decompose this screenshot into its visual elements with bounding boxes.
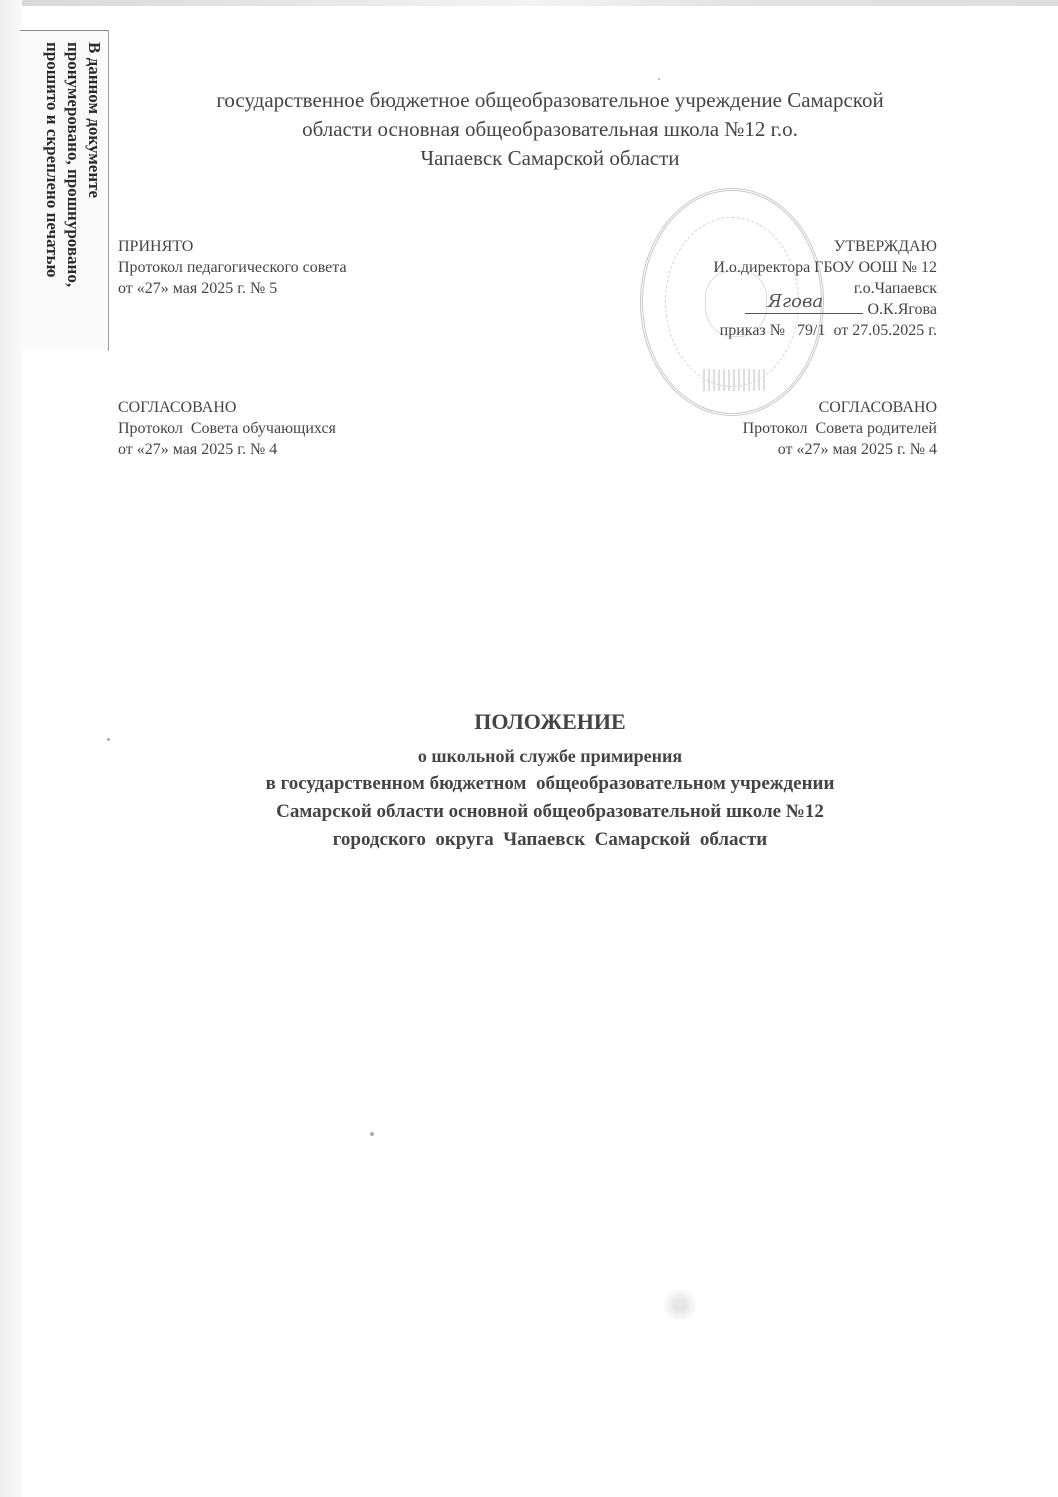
- building-icon: [703, 369, 767, 391]
- header-line: Чапаевск Самарской области: [120, 144, 980, 173]
- agreed-parents-block: СОГЛАСОВАНО Протокол Совета родителей от…: [743, 397, 937, 460]
- header-line: области основная общеобразовательная шко…: [120, 115, 980, 144]
- approved-position: И.о.директора ГБОУ ООШ № 12: [713, 257, 937, 278]
- approved-order: приказ № 79/1 от 27.05.2025 г.: [713, 320, 937, 341]
- approved-city: г.о.Чапаевск: [713, 278, 937, 299]
- signature-line: Ягова: [745, 299, 863, 314]
- document-subtitle-line: городского округа Чапаевск Самарской обл…: [150, 826, 950, 854]
- accepted-protocol: Протокол педагогического совета: [118, 257, 347, 278]
- scan-blot: [660, 1290, 700, 1320]
- handwritten-signature: Ягова: [767, 291, 823, 312]
- binding-note-line: прошито и скреплено печатью: [42, 42, 63, 350]
- accepted-block: ПРИНЯТО Протокол педагогического совета …: [118, 236, 347, 299]
- approved-block: УТВЕРЖДАЮ И.о.директора ГБОУ ООШ № 12 г.…: [713, 236, 937, 341]
- scan-margin: [0, 0, 22, 1497]
- scan-speck: [370, 1132, 374, 1136]
- agreed-parents-protocol: Протокол Совета родителей: [743, 418, 937, 439]
- scan-speck: [658, 78, 660, 80]
- header-line: государственное бюджетное общеобразовате…: [120, 86, 980, 115]
- scan-speck: [107, 738, 110, 741]
- document-subtitle-line: о школьной службе примирения: [150, 742, 950, 770]
- signer-name: О.К.Ягова: [867, 301, 937, 318]
- binding-note-line: пронумеровано, прошнуровано,: [63, 42, 84, 350]
- agreed-parents-heading: СОГЛАСОВАНО: [743, 397, 937, 418]
- document-title-block: ПОЛОЖЕНИЕ о школьной службе примирения в…: [150, 706, 950, 854]
- approved-signature-row: Ягова О.К.Ягова: [713, 299, 937, 320]
- document-subtitle-line: в государственном бюджетном общеобразова…: [150, 770, 950, 798]
- accepted-date: от «27» мая 2025 г. № 5: [118, 278, 347, 299]
- document-title: ПОЛОЖЕНИЕ: [150, 706, 950, 738]
- institution-header: государственное бюджетное общеобразовате…: [120, 86, 980, 173]
- binding-note-line: В данном документе: [84, 42, 105, 350]
- agreed-parents-date: от «27» мая 2025 г. № 4: [743, 439, 937, 460]
- binding-note: В данном документе пронумеровано, прошну…: [22, 30, 108, 350]
- agreed-students-protocol: Протокол Совета обучающихся: [118, 418, 336, 439]
- agreed-students-block: СОГЛАСОВАНО Протокол Совета обучающихся …: [118, 397, 336, 460]
- approved-heading: УТВЕРЖДАЮ: [713, 236, 937, 257]
- document-subtitle-line: Самарской области основной общеобразоват…: [150, 798, 950, 826]
- accepted-heading: ПРИНЯТО: [118, 236, 347, 257]
- scan-edge: [0, 0, 1058, 6]
- agreed-students-date: от «27» мая 2025 г. № 4: [118, 439, 336, 460]
- agreed-students-heading: СОГЛАСОВАНО: [118, 397, 336, 418]
